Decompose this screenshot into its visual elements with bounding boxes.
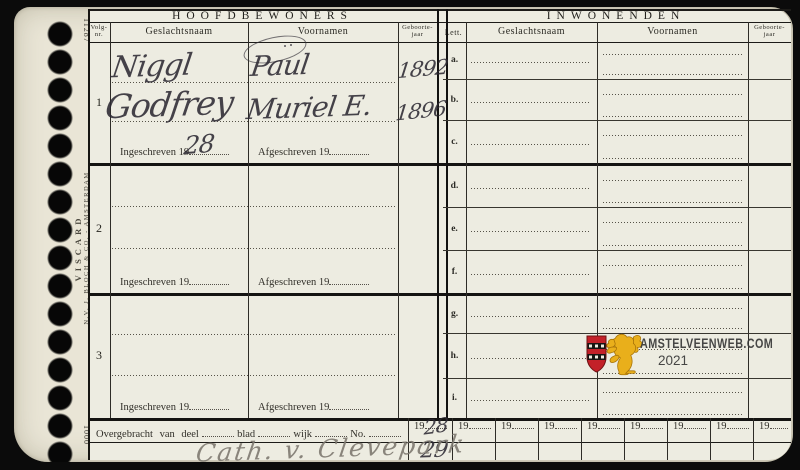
ink-dots: [284, 45, 286, 47]
scanned-register-card: 11287 1000 VISCARD N.V. J. BLOCH & CO. -…: [0, 0, 800, 470]
letter-label: c.: [443, 137, 466, 147]
dotted-leader: [598, 421, 620, 429]
year-prefix: 19: [630, 421, 641, 432]
year-cell: 19: [630, 421, 663, 432]
column-header-voornamen-left: Voornamen: [248, 26, 398, 37]
rule: [581, 418, 582, 460]
afgeschreven-text: Afgeschreven 19: [258, 402, 329, 413]
binder-holes: [47, 20, 73, 462]
watermark-site: AMSTELVEENWEB.COM: [640, 336, 773, 351]
dotted-leader: [555, 421, 577, 429]
dotted-leader: [329, 146, 369, 155]
letter-label: g.: [443, 309, 466, 319]
letter-label: e.: [443, 224, 466, 234]
dotted-leader: [189, 401, 229, 410]
hoofdbewoners-row-3: 3 Ingeschreven 19 Afgeschreven 19: [88, 293, 437, 418]
letter-label: i.: [443, 393, 466, 403]
lion-rampant-icon: [602, 328, 644, 376]
ingeschreven-text: Ingeschreven 19: [120, 277, 189, 288]
volgnr-line1: Volg-: [91, 24, 108, 31]
ingeschreven-label: Ingeschreven 19: [120, 276, 229, 288]
column-header-geboortejaar-left: Geboorte- jaar: [398, 24, 437, 38]
year-cell: 19: [716, 421, 749, 432]
geboortejaar-line2: jaar: [412, 31, 424, 38]
handwritten-firstname-1: Paul: [249, 48, 311, 83]
dotted-leader: [727, 421, 749, 429]
inwonenden-row-c: c.: [443, 120, 791, 164]
column-header-geslachtsnaam-left: Geslachtsnaam: [110, 26, 248, 37]
year-prefix: 19: [501, 421, 512, 432]
letter-label: d.: [443, 181, 466, 191]
rule: [667, 418, 668, 460]
inwonenden-row-d: d.: [443, 166, 791, 207]
dotted-leader: [189, 276, 229, 285]
geboortejaar-line1: Geboorte-: [402, 24, 433, 31]
year-cell: 19: [544, 421, 577, 432]
dotted-leader: [329, 276, 369, 285]
overgebracht-label: Overgebracht van deel: [96, 429, 199, 440]
handwritten-year-1: 1892: [396, 55, 449, 83]
handwritten-surname-1: Niggl: [109, 48, 193, 86]
year-cell: 19: [759, 421, 788, 432]
volgnr-line2: nr.: [95, 31, 103, 38]
ingeschreven-label: Ingeschreven 19: [120, 401, 229, 413]
year-prefix: 19: [587, 421, 598, 432]
dotted-leader: [512, 421, 534, 429]
section-title-hoofdbewoners: HOOFDBEWONERS: [88, 10, 437, 22]
rule: [495, 418, 496, 460]
dotted-leader: [641, 421, 663, 429]
rule: [753, 418, 754, 460]
ingeschreven-text: Ingeschreven 19: [120, 147, 189, 158]
handwritten-ingeschreven-year: 28: [183, 129, 216, 160]
handwritten-surname-2: Godfrey: [103, 83, 236, 126]
geboortejaar-r-line2: jaar: [764, 31, 776, 38]
afgeschreven-label: Afgeschreven 19: [258, 401, 369, 413]
rule: [624, 418, 625, 460]
geboortejaar-r-line1: Geboorte-: [754, 24, 785, 31]
afgeschreven-label: Afgeschreven 19: [258, 146, 369, 158]
afgeschreven-text: Afgeschreven 19: [258, 147, 329, 158]
column-header-volgnr: Volg- nr.: [88, 24, 110, 38]
column-header-voornamen-right: Voornamen: [597, 26, 748, 37]
year-cell: 19: [587, 421, 620, 432]
column-header-geboortejaar-right: Geboorte- jaar: [748, 24, 791, 38]
dotted-leader: [469, 421, 491, 429]
dotted-leader: [329, 401, 369, 410]
column-header-geslachtsnaam-right: Geslachtsnaam: [466, 26, 597, 37]
afgeschreven-text: Afgeschreven 19: [258, 277, 329, 288]
handwritten-firstname-2: Muriel E.: [244, 89, 373, 126]
letter-label: f.: [443, 267, 466, 277]
ingeschreven-text: Ingeschreven 19: [120, 402, 189, 413]
letter-label: h.: [443, 351, 466, 361]
dotted-leader: [770, 421, 788, 429]
rule: [710, 418, 711, 460]
dotted-leader: [684, 421, 706, 429]
dotted-leader: [202, 432, 234, 437]
watermark-year: 2021: [640, 353, 706, 368]
inwonenden-row-i: i.: [443, 378, 791, 419]
inwonenden-row-a: a.: [443, 42, 791, 79]
printer-brand: VISCARD: [73, 148, 83, 348]
inwonenden-row-b: b.: [443, 79, 791, 121]
inwonenden-row-f: f.: [443, 250, 791, 294]
volgnr-value: 2: [88, 163, 110, 293]
year-cell: 19: [501, 421, 534, 432]
hoofdbewoners-row-2: 2 Ingeschreven 19 Afgeschreven 19: [88, 163, 437, 293]
afgeschreven-label: Afgeschreven 19: [258, 276, 369, 288]
year-prefix: 19: [673, 421, 684, 432]
inwonenden-row-e: e.: [443, 207, 791, 251]
rule: [538, 418, 539, 460]
year-prefix: 19: [544, 421, 555, 432]
volgnr-value: 3: [88, 293, 110, 418]
year-prefix: 19: [759, 421, 770, 432]
section-title-inwonenden: INWONENDEN: [441, 10, 791, 22]
year-prefix: 19: [716, 421, 727, 432]
year-cell: 19: [673, 421, 706, 432]
